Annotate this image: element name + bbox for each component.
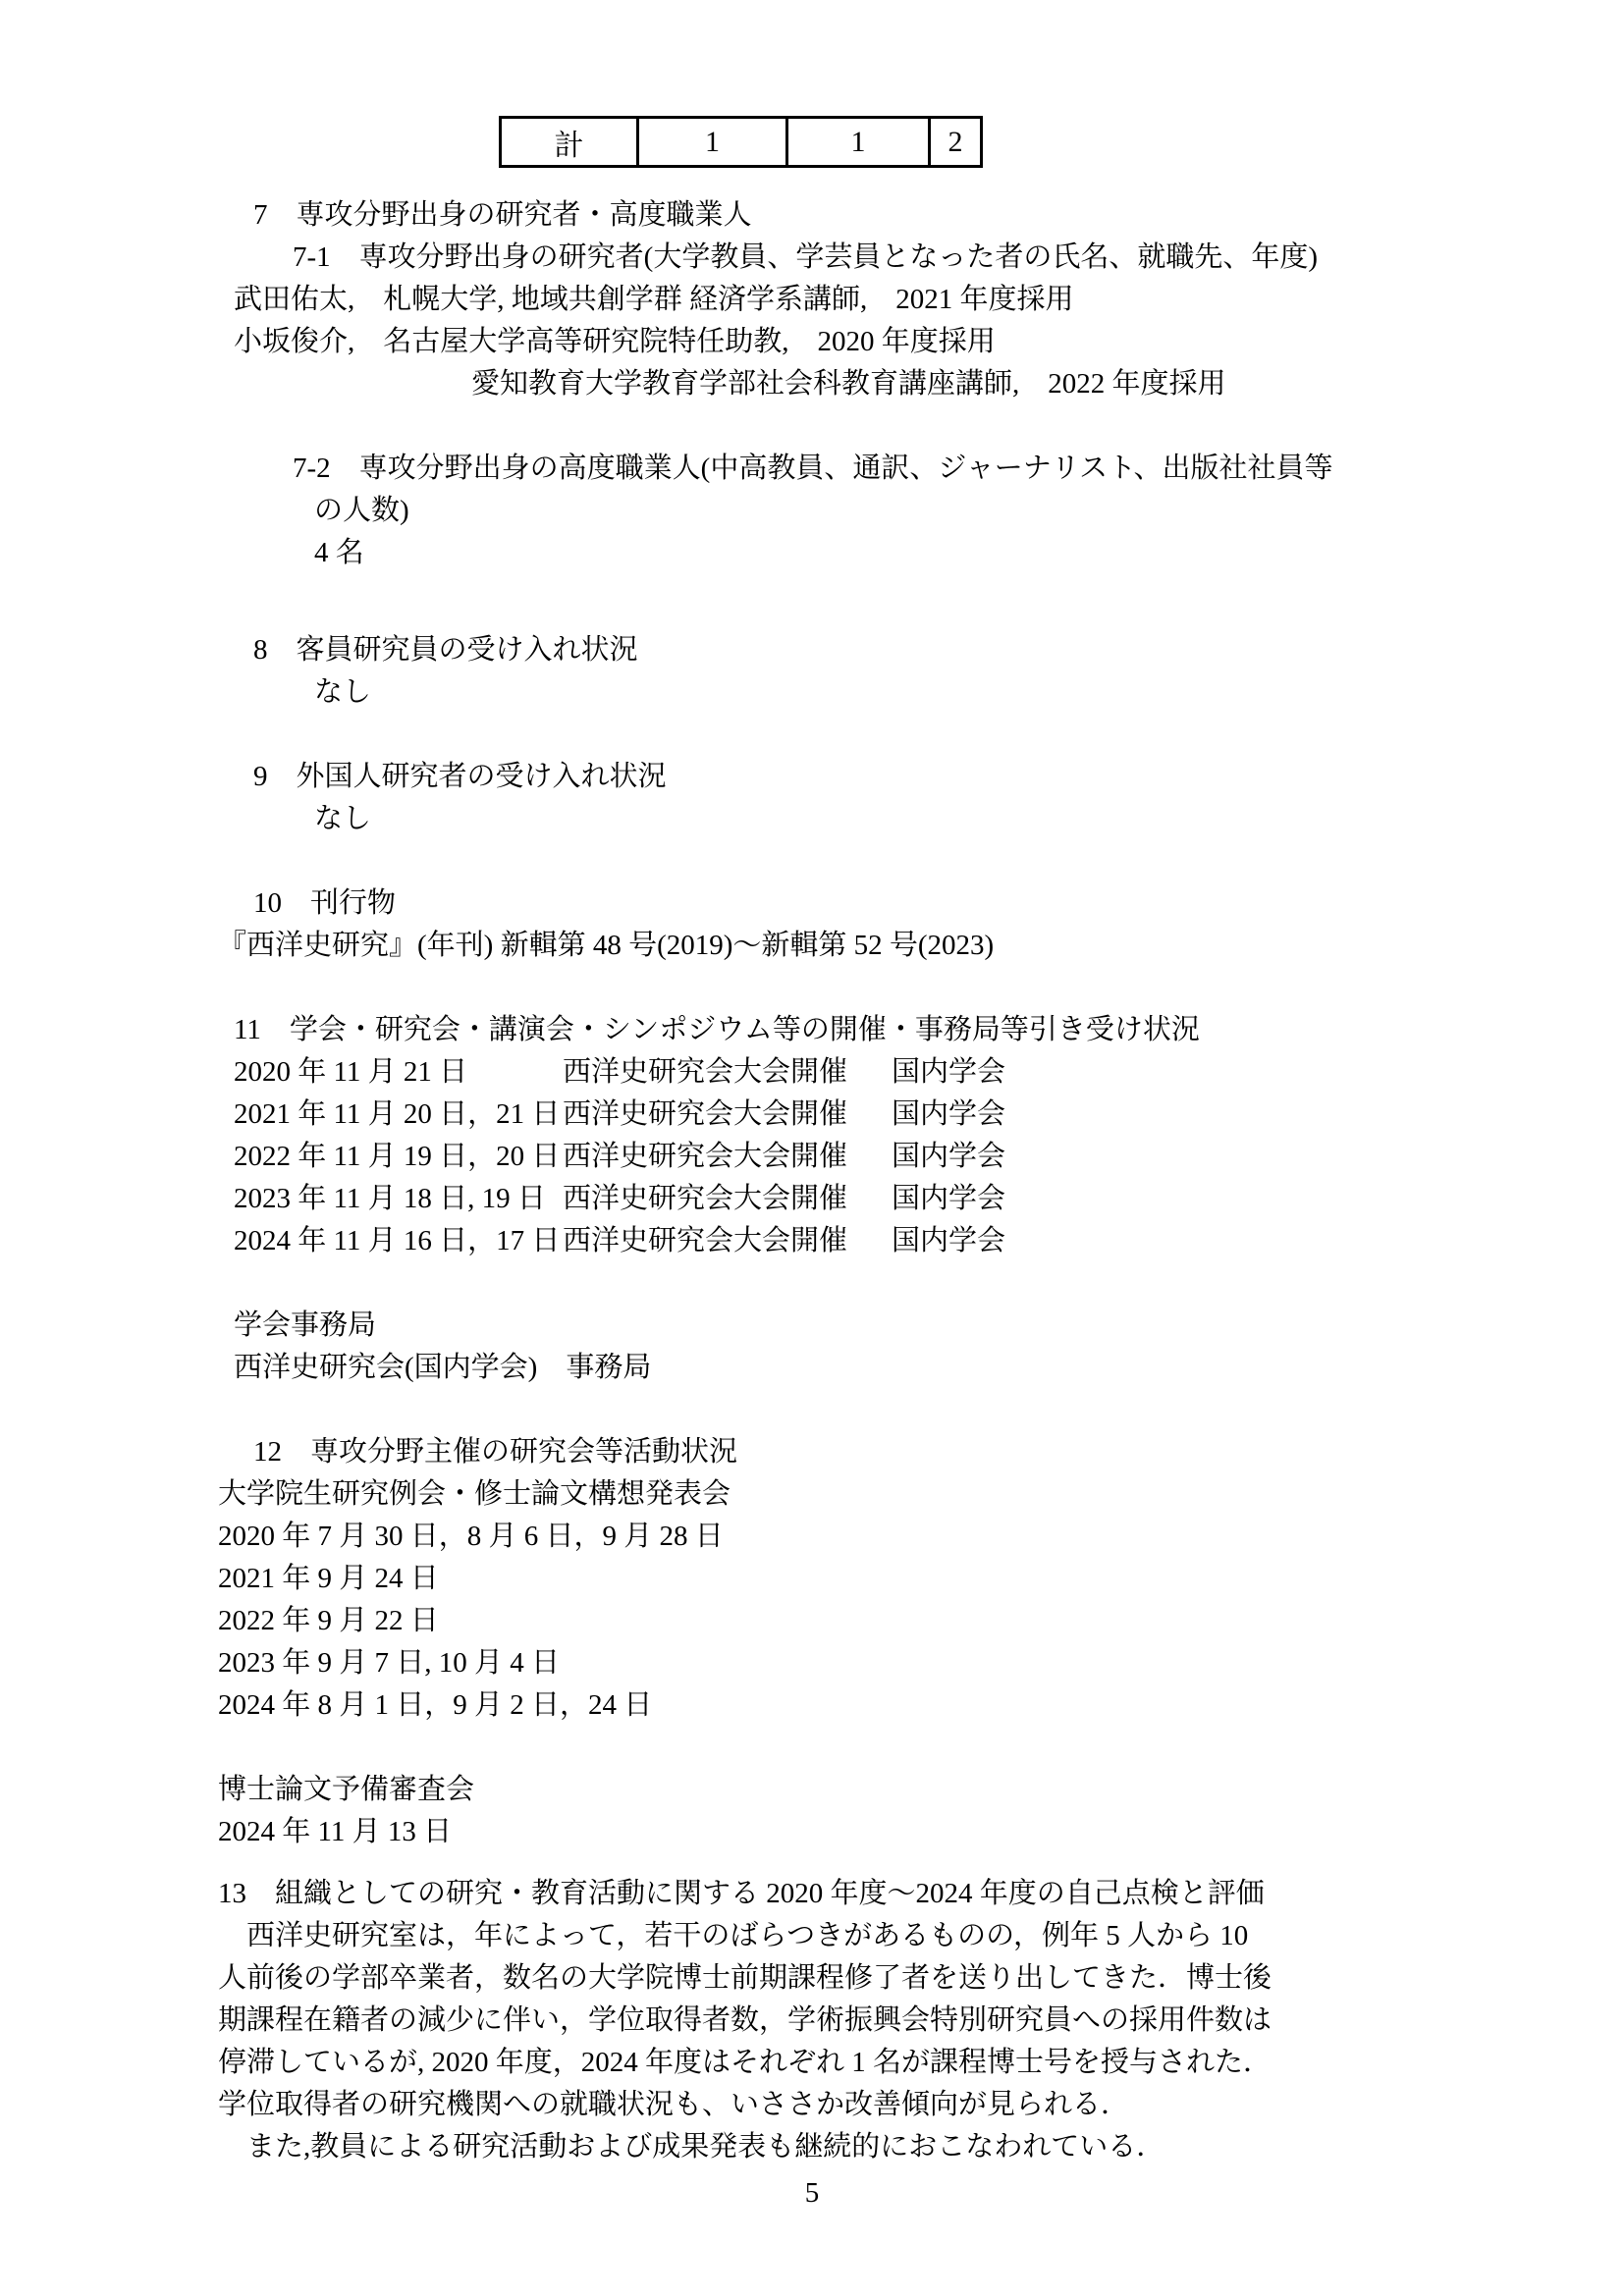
researcher-line: 小坂俊介, 名古屋大学高等研究院特任助教, 2020 年度採用 [234, 321, 1428, 363]
paragraph-line: 人前後の学部卒業者，数名の大学院博士前期課程修了者を送り出してきた．博士後 [218, 1957, 1428, 2000]
event-name: 西洋史研究会大会開催 [563, 1051, 847, 1094]
paragraph-line: 停滞しているが, 2020 年度，2024 年度はそれぞれ 1 名が課程博士号を… [218, 2042, 1428, 2084]
blank-line [218, 714, 1428, 756]
society-office-value: 西洋史研究会(国内学会) 事務局 [234, 1347, 1428, 1389]
section9-heading: 9 外国人研究者の受け入れ状況 [253, 756, 1428, 798]
event-row: 2023 年 11 月 18 日, 19 日 西洋史研究会大会開催 国内学会 [234, 1178, 1428, 1220]
section7-1-heading: 7-1 専攻分野出身の研究者(大学教員、学芸員となった者の氏名、就職先、年度) [293, 237, 1428, 279]
meeting-date-line: 2023 年 9 月 7 日, 10 月 4 日 [218, 1642, 1428, 1684]
section13-heading: 13 組織としての研究・教育活動に関する 2020 年度～2024 年度の自己点… [218, 1873, 1428, 1915]
summary-table-value-3: 2 [930, 118, 982, 167]
blank-line [218, 1853, 1428, 1873]
event-type: 国内学会 [892, 1094, 1005, 1136]
section10-publication: 『西洋史研究』(年刊) 新輯第 48 号(2019)～新輯第 52 号(2023… [218, 925, 1428, 967]
event-row: 2021 年 11 月 20 日，21 日 西洋史研究会大会開催 国内学会 [234, 1094, 1428, 1136]
event-date: 2022 年 11 月 19 日，20 日 [234, 1136, 563, 1178]
section12-group2-title: 博士論文予備審査会 [218, 1769, 1428, 1811]
section11-heading: 11 学会・研究会・講演会・シンポジウム等の開催・事務局等引き受け状況 [234, 1009, 1428, 1051]
summary-table: 計 1 1 2 [499, 116, 983, 168]
meeting-date-line: 2024 年 11 月 13 日 [218, 1811, 1428, 1853]
section10-heading: 10 刊行物 [253, 882, 1428, 925]
event-name: 西洋史研究会大会開催 [563, 1178, 847, 1220]
event-date: 2020 年 11 月 21 日 [234, 1051, 563, 1094]
event-date: 2024 年 11 月 16 日，17 日 [234, 1220, 563, 1262]
meeting-date-line: 2020 年 7 月 30 日，8 月 6 日，9 月 28 日 [218, 1516, 1428, 1558]
summary-table-value-1: 1 [638, 118, 787, 167]
paragraph-line: 西洋史研究室は，年によって，若干のばらつきがあるものの，例年 5 人から 10 [218, 1915, 1428, 1957]
blank-line [218, 574, 1428, 629]
event-type: 国内学会 [892, 1051, 1005, 1094]
paragraph-line: 学位取得者の研究機関への就職状況も、いささか改善傾向が見られる． [218, 2084, 1428, 2126]
event-date: 2021 年 11 月 20 日，21 日 [234, 1094, 563, 1136]
event-type: 国内学会 [892, 1220, 1005, 1262]
page-number: 5 [805, 2177, 820, 2210]
meeting-date-line: 2021 年 9 月 24 日 [218, 1558, 1428, 1600]
researcher-line: 武田佑太, 札幌大学, 地域共創学群 経済学系講師, 2021 年度採用 [234, 279, 1428, 321]
blank-line [218, 967, 1428, 1009]
meeting-date-line: 2022 年 9 月 22 日 [218, 1600, 1428, 1642]
blank-line [218, 840, 1428, 882]
summary-table-row: 計 1 1 2 [501, 118, 982, 167]
section9-value: なし [314, 798, 1428, 840]
section7-2-value: 4 名 [314, 532, 1428, 574]
meeting-date-line: 2024 年 8 月 1 日，9 月 2 日，24 日 [218, 1684, 1428, 1727]
event-name: 西洋史研究会大会開催 [563, 1136, 847, 1178]
event-row: 2022 年 11 月 19 日，20 日 西洋史研究会大会開催 国内学会 [234, 1136, 1428, 1178]
section7-2-heading-continuation: の人数) [314, 490, 1428, 532]
paragraph-line: 期課程在籍者の減少に伴い，学位取得者数，学術振興会特別研究員への採用件数は [218, 2000, 1428, 2042]
event-name: 西洋史研究会大会開催 [563, 1220, 847, 1262]
researcher-line: 愛知教育大学教育学部社会科教育講座講師, 2022 年度採用 [471, 363, 1428, 405]
paragraph-line: また,教員による研究活動および成果発表も継続的におこなわれている． [218, 2126, 1428, 2168]
section12-heading: 12 専攻分野主催の研究会等活動状況 [253, 1431, 1428, 1473]
blank-line [218, 1727, 1428, 1769]
event-date: 2023 年 11 月 18 日, 19 日 [234, 1178, 563, 1220]
page-content: 計 1 1 2 7 専攻分野出身の研究者・高度職業人 7-1 専攻分野出身の研究… [0, 116, 1624, 2168]
event-type: 国内学会 [892, 1136, 1005, 1178]
summary-table-value-2: 1 [787, 118, 930, 167]
society-office-heading: 学会事務局 [234, 1305, 1428, 1347]
section8-heading: 8 客員研究員の受け入れ状況 [253, 629, 1428, 671]
blank-line [218, 405, 1428, 448]
section8-value: なし [314, 671, 1428, 714]
section7-heading: 7 専攻分野出身の研究者・高度職業人 [253, 194, 1428, 237]
summary-table-label: 計 [501, 118, 638, 167]
event-type: 国内学会 [892, 1178, 1005, 1220]
blank-line [218, 1389, 1428, 1431]
event-row: 2024 年 11 月 16 日，17 日 西洋史研究会大会開催 国内学会 [234, 1220, 1428, 1262]
document-page: 計 1 1 2 7 専攻分野出身の研究者・高度職業人 7-1 専攻分野出身の研究… [0, 0, 1624, 2296]
event-row: 2020 年 11 月 21 日 西洋史研究会大会開催 国内学会 [234, 1051, 1428, 1094]
event-name: 西洋史研究会大会開催 [563, 1094, 847, 1136]
section12-group1-title: 大学院生研究例会・修士論文構想発表会 [218, 1473, 1428, 1516]
blank-line [218, 1262, 1428, 1305]
section7-2-heading: 7-2 専攻分野出身の高度職業人(中高教員、通訳、ジャーナリスト、出版社社員等 [293, 448, 1428, 490]
